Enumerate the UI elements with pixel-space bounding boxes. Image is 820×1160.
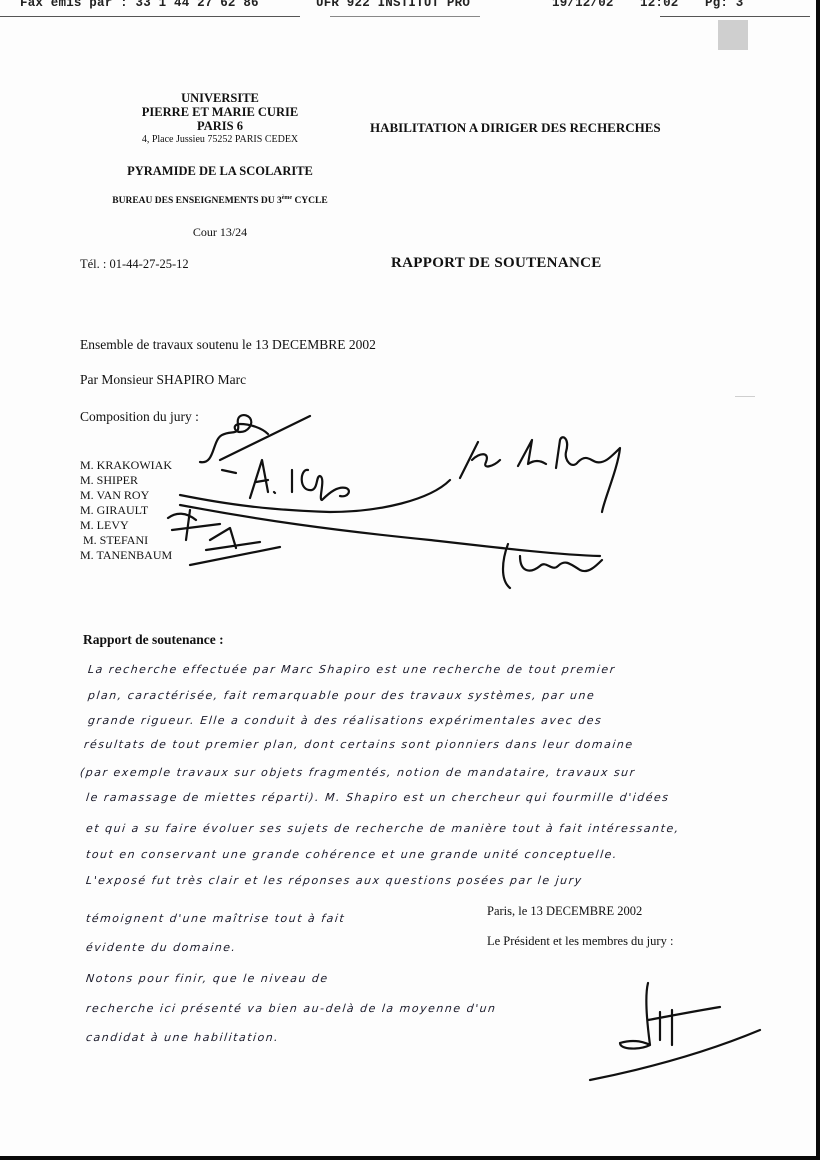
- handwritten-line: La recherche effectuée par Marc Shapiro …: [87, 663, 616, 676]
- handwritten-line: L'exposé fut très clair et les réponses …: [85, 874, 583, 887]
- phone-number: Tél. : 01-44-27-25-12: [80, 257, 189, 272]
- handwritten-line: résultats de tout premier plan, dont cer…: [83, 738, 634, 751]
- fax-institution: UFR 922 INSTITUT PRO: [316, 0, 470, 10]
- department-name: PYRAMIDE DE LA SCOLARITE: [70, 164, 370, 179]
- report-title: RAPPORT DE SOUTENANCE: [391, 255, 602, 272]
- university-address: 4, Place Jussieu 75252 PARIS CEDEX: [70, 133, 370, 146]
- handwritten-line: évidente du domaine.: [85, 941, 237, 954]
- signature-stroke: [460, 437, 620, 512]
- university-name-1: UNIVERSITE: [70, 91, 370, 105]
- jury-member: M. GIRAULT: [80, 503, 172, 518]
- scan-border-bottom: [0, 1156, 820, 1160]
- bureau-name: BUREAU DES ENSEIGNEMENTS DU 3ème CYCLE: [70, 195, 370, 206]
- fax-time: 12:02: [640, 0, 679, 10]
- signature-stroke: [200, 415, 268, 462]
- jury-member: M. LEVY: [80, 518, 172, 533]
- signature-stroke: [168, 510, 260, 550]
- report-heading: Rapport de soutenance :: [83, 632, 224, 648]
- jury-member: M. TANENBAUM: [80, 548, 172, 563]
- place-and-date: Paris, le 13 DECEMBRE 2002: [487, 904, 642, 919]
- handwritten-line: témoignent d'une maîtrise tout à fait: [85, 912, 346, 925]
- habilitation-title: HABILITATION A DIRIGER DES RECHERCHES: [370, 120, 661, 136]
- handwritten-line: (par exemple travaux sur objets fragment…: [79, 766, 636, 779]
- handwritten-line: candidat à une habilitation.: [85, 1031, 280, 1044]
- scan-border-right: [816, 0, 820, 1160]
- handwritten-line: tout en conservant une grande cohérence …: [85, 848, 618, 861]
- candidate-line: Par Monsieur SHAPIRO Marc: [80, 372, 246, 388]
- fax-date: 19/12/02: [552, 0, 614, 10]
- university-name-3: PARIS 6: [70, 119, 370, 133]
- fax-page-number: Pg: 3: [705, 0, 744, 10]
- defense-date-line: Ensemble de travaux soutenu le 13 DECEMB…: [80, 337, 376, 353]
- scan-noise: [718, 20, 748, 50]
- handwritten-line: recherche ici présenté va bien au-delà d…: [85, 1002, 497, 1015]
- signature-stroke: [190, 547, 280, 565]
- signature-stroke: [590, 1030, 760, 1080]
- bureau-prefix: BUREAU DES ENSEIGNEMENTS DU 3: [112, 196, 281, 206]
- signature-stroke: [180, 505, 600, 556]
- jury-member: M. SHIPER: [80, 473, 172, 488]
- signature-stroke: [180, 480, 450, 512]
- signature-stroke: [250, 460, 349, 500]
- handwritten-line: plan, caractérisée, fait remarquable pou…: [87, 689, 596, 702]
- fax-rule: [0, 16, 300, 17]
- signature-stroke: [503, 544, 602, 588]
- university-letterhead: UNIVERSITE PIERRE ET MARIE CURIE PARIS 6…: [70, 91, 370, 146]
- fax-header: Fax émis par : 33 1 44 27 62 86 UFR 922 …: [0, 0, 816, 16]
- fax-rule: [330, 16, 480, 17]
- jury-label: Composition du jury :: [80, 409, 199, 425]
- signature-stroke: [220, 416, 310, 460]
- bureau-sup: ème: [282, 195, 292, 201]
- fax-sender: Fax émis par : 33 1 44 27 62 86: [20, 0, 259, 10]
- handwritten-line: Notons pour finir, que le niveau de: [85, 972, 329, 985]
- scan-noise: [735, 396, 755, 397]
- signature-stroke: [620, 983, 720, 1049]
- bureau-suffix: CYCLE: [292, 196, 328, 206]
- jury-member: M. VAN ROY: [80, 488, 172, 503]
- fax-page: Fax émis par : 33 1 44 27 62 86 UFR 922 …: [0, 0, 816, 1156]
- signature-stroke: [222, 470, 236, 473]
- handwritten-line: et qui a su faire évoluer ses sujets de …: [85, 822, 680, 835]
- cour-number: Cour 13/24: [70, 225, 370, 240]
- jury-member: M. STEFANI: [80, 533, 172, 548]
- university-name-2: PIERRE ET MARIE CURIE: [70, 105, 370, 119]
- jury-member: M. KRAKOWIAK: [80, 458, 172, 473]
- jury-list: M. KRAKOWIAK M. SHIPER M. VAN ROY M. GIR…: [80, 458, 172, 563]
- fax-rule: [660, 16, 810, 17]
- handwritten-line: le ramassage de miettes réparti). M. Sha…: [85, 791, 670, 804]
- signatories-label: Le Président et les membres du jury :: [487, 934, 673, 949]
- handwritten-line: grande rigueur. Elle a conduit à des réa…: [87, 714, 603, 727]
